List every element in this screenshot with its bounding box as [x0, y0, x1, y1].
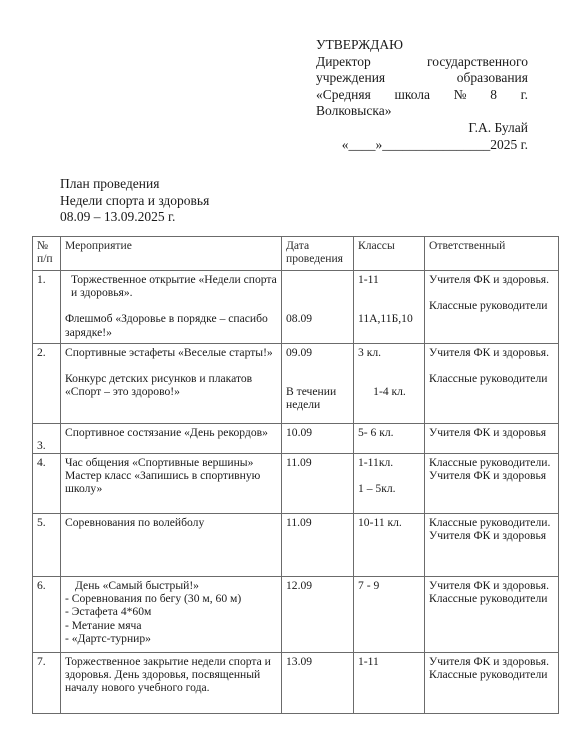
approval-line-3: «Средняя школа № 8 г.: [316, 87, 528, 104]
plan-title-line-3: 08.09 – 13.09.2025 г.: [60, 209, 209, 226]
header-responsible: Ответственный: [425, 237, 559, 271]
row-date: 12.09: [282, 577, 354, 653]
row-classes: 3 кл. 1-4 кл.: [354, 344, 425, 424]
row-date: 11.09: [282, 454, 354, 514]
row-date: 13.09: [282, 653, 354, 714]
row-num: 5.: [33, 514, 61, 577]
approval-heading: УТВЕРЖДАЮ: [316, 37, 528, 54]
row-event: Торжественное закрытие недели спорта и з…: [61, 653, 282, 714]
event-item: - Эстафета 4*60м: [65, 605, 278, 618]
row-classes: 1-11: [354, 653, 425, 714]
row-date: 10.09: [282, 424, 354, 454]
row-num: 4.: [33, 454, 61, 514]
row-date: 09.09 В течении недели: [282, 344, 354, 424]
plan-title-line-1: План проведения: [60, 176, 209, 193]
plan-title: План проведения Недели спорта и здоровья…: [60, 176, 209, 226]
table-row: 2. Спортивные эстафеты «Веселые старты!»…: [33, 344, 559, 424]
row-event: Торжественное открытие «Недели спорта и …: [61, 271, 282, 344]
row-num: 3.: [33, 424, 61, 454]
row-event: Спортивные эстафеты «Веселые старты!» Ко…: [61, 344, 282, 424]
header-date: Дата проведения: [282, 237, 354, 271]
row-responsible: Учителя ФК и здоровья. Классные руководи…: [425, 271, 559, 344]
row-responsible: Учителя ФК и здоровья. Классные руководи…: [425, 344, 559, 424]
table-row: 5. Соревнования по волейболу 11.09 10-11…: [33, 514, 559, 577]
row-num: 6.: [33, 577, 61, 653]
approval-date-line: «____»________________2025 г.: [316, 137, 528, 154]
approval-block: УТВЕРЖДАЮ Директор государственного учре…: [316, 37, 528, 153]
row-event: Час общения «Спортивные вершины» Мастер …: [61, 454, 282, 514]
table-row: 3. Спортивное состязание «День рекордов»…: [33, 424, 559, 454]
row-responsible: Учителя ФК и здоровья. Классные руководи…: [425, 653, 559, 714]
table-row: 6. День «Самый быстрый!» - Соревнования …: [33, 577, 559, 653]
row-date: 08.09: [282, 271, 354, 344]
event-item: - Метание мяча: [65, 619, 278, 632]
row-responsible: Классные руководители. Учителя ФК и здор…: [425, 514, 559, 577]
row-classes: 7 - 9: [354, 577, 425, 653]
approval-signature: Г.А. Булай: [316, 120, 528, 137]
row-event: Спортивное состязание «День рекордов»: [61, 424, 282, 454]
plan-title-line-2: Недели спорта и здоровья: [60, 193, 209, 210]
row-classes: 1-11 11А,11Б,10: [354, 271, 425, 344]
event-item: - Соревнования по бегу (30 м, 60 м): [65, 592, 278, 605]
row-classes: 10-11 кл.: [354, 514, 425, 577]
header-num: № п/п: [33, 237, 61, 271]
row-num: 7.: [33, 653, 61, 714]
table-row: 4. Час общения «Спортивные вершины» Маст…: [33, 454, 559, 514]
approval-line-1: Директор государственного: [316, 54, 528, 71]
table-header-row: № п/п Мероприятие Дата проведения Классы…: [33, 237, 559, 271]
row-responsible: Классные руководители. Учителя ФК и здор…: [425, 454, 559, 514]
row-date: 11.09: [282, 514, 354, 577]
event-item: - «Дартс-турнир»: [65, 632, 278, 645]
row-num: 2.: [33, 344, 61, 424]
row-responsible: Учителя ФК и здоровья. Классные руководи…: [425, 577, 559, 653]
header-event: Мероприятие: [61, 237, 282, 271]
row-classes: 5- 6 кл.: [354, 424, 425, 454]
row-num: 1.: [33, 271, 61, 344]
events-table: № п/п Мероприятие Дата проведения Классы…: [32, 236, 559, 714]
header-classes: Классы: [354, 237, 425, 271]
row-event: День «Самый быстрый!» - Соревнования по …: [61, 577, 282, 653]
row-classes: 1-11кл. 1 – 5кл.: [354, 454, 425, 514]
row-responsible: Учителя ФК и здоровья: [425, 424, 559, 454]
approval-line-4: Волковыска»: [316, 103, 528, 120]
row-event: Соревнования по волейболу: [61, 514, 282, 577]
approval-line-2: учреждения образования: [316, 70, 528, 87]
table-row: 7. Торжественное закрытие недели спорта …: [33, 653, 559, 714]
table-row: 1. Торжественное открытие «Недели спорта…: [33, 271, 559, 344]
